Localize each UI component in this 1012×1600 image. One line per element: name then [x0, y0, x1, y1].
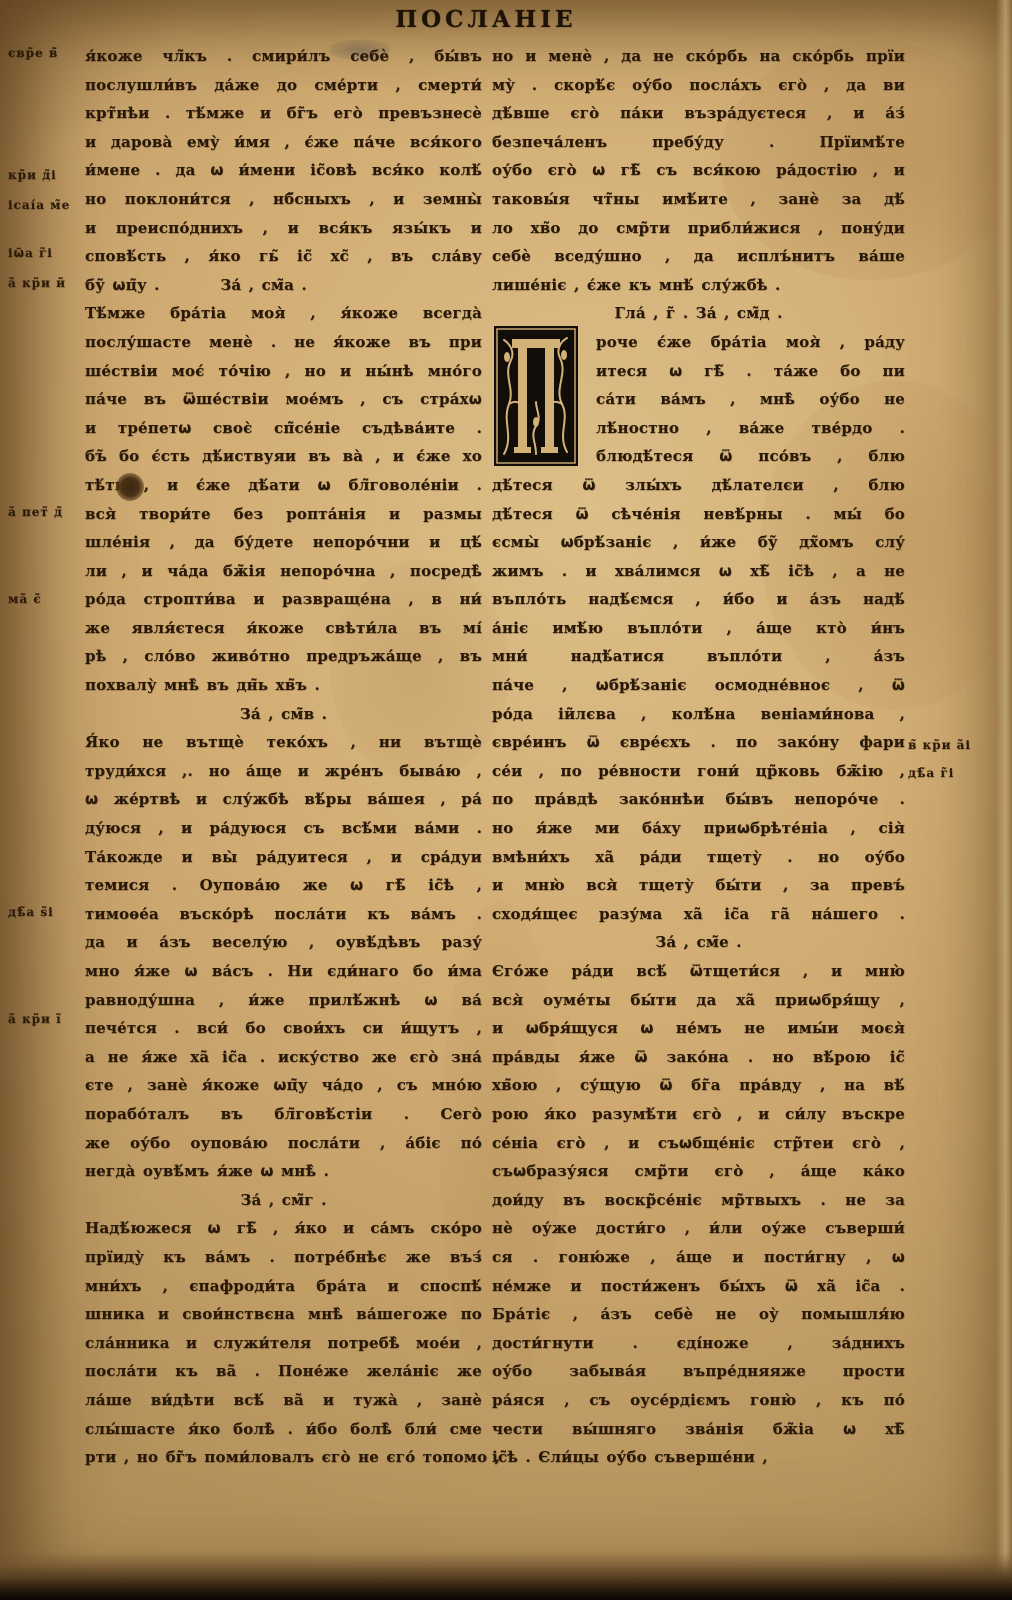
text-line: посла́ти къ ва̃ . Поне́же жела́ніє же: [85, 1357, 482, 1386]
text-line: єсмы̀ ѡбрѣ́заніє , и́же бу̃ дх̃омъ слу́: [492, 528, 905, 557]
text-line: дѣ́теся ѿ злы́хъ дѣ́лателєи , блю: [492, 471, 905, 500]
text-line: Єго́же ра́ди всѣ́ ѿтщети́ся , и мню̀: [492, 957, 905, 986]
text-line: дѣ́вше єго̀ па́ки възра́дуєтеся , и а́з́: [492, 99, 905, 128]
text-line: Надѣ́южеся ѡ гѣ̃ , я́ко и са́мъ ско́ро: [85, 1214, 482, 1243]
text-line: Та́кожде и вы̀ ра́дуитеся , и сра́дуи: [85, 843, 482, 872]
margin-reference-note: дѣ̃а ѕ̃і: [8, 905, 54, 919]
aged-paper-page: ПОСЛАНІЕ євр̃е в̃кр̃и д̃іісаі́а м̃еіѡ̃а …: [0, 0, 1012, 1600]
text-line: вмѣни́хъ ха̃ ра́ди тщету̀ . но оу́бо: [492, 843, 905, 872]
text-line: За́ , см̃е .: [492, 928, 905, 957]
text-line: рти , но бг̃ъ поми́ловалъ єго̀ не єго́ т…: [85, 1443, 482, 1472]
left-text-column: я́коже чл̃къ . смири́лъ себѐ , бы́въпосл…: [85, 42, 482, 1472]
margin-reference-note: в̃ кр̃и а̃і: [908, 738, 971, 752]
text-line: ла́ше ви́дѣти всѣ́ ва̃ и тужа̀ , занѐ: [85, 1386, 482, 1415]
text-line: же явля́єтеся я́коже свѣти́ла въ мі́: [85, 614, 482, 643]
text-line: мни́ надѣ́атися въпло́ти , а́зъ: [492, 642, 905, 671]
margin-reference-note: а̃ кр̃и и̃: [8, 276, 66, 290]
text-line: Бра́тіє , а́зъ себѐ не оу̀ помышля́ю: [492, 1300, 905, 1329]
page-title: ПОСЛАНІЕ: [0, 6, 972, 33]
text-line: таковы́я чт̃ны имѣ́ите , занѐ за дѣ́: [492, 185, 905, 214]
text-line: євре́инъ ѿ євре́єхъ . по зако́ну фари: [492, 728, 905, 757]
text-line: му̀ . скорѣ́є оу́бо посла́хъ єго̀ , да в…: [492, 71, 905, 100]
text-line: сповѣ́сть , я́ко гь̃ іс̃ хс̃ , въ сла́ву: [85, 242, 482, 271]
text-line: и тре́петѡ своє̀ сп̃се́ніе съдѣва́ите .: [85, 414, 482, 443]
text-line: блюдѣ́теся ѿ псо́въ , блю: [492, 442, 905, 471]
text-line: чести вы́шняго зва́нія бж̃іа ѡ хѣ̃: [492, 1415, 905, 1444]
text-line: дои́ду въ воскр̃се́ніє мр̃твыхъ . не за: [492, 1186, 905, 1215]
text-line: и дарова̀ ему̀ и́мя , є́же па́че вся́ког…: [85, 128, 482, 157]
text-line: дости́гнути . єді́ноже , за́днихъ: [492, 1329, 905, 1358]
text-line: Гла́ , г̃ . За́ , см̃д .: [492, 299, 905, 328]
text-line: нѐ оу́же дости́го , и́ли оу́же съверши́: [492, 1214, 905, 1243]
text-line: а не я́же ха̃ іс̃а . иску́ство же єго̀ з…: [85, 1043, 482, 1072]
text-line: въпло́ть надѣ́ємся , и́бо и а́зъ надѣ́: [492, 585, 905, 614]
text-line: За́ , см̃г .: [85, 1186, 482, 1215]
text-line: сходя́щеє разу́ма ха̃ іс̃а га̃ на́шего .: [492, 900, 905, 929]
text-line: и ѡбря́щуся ѡ не́мъ не имы́и моєя̀: [492, 1014, 905, 1043]
text-line: ро́да стропти́ва и развраще́на , в ни́: [85, 585, 482, 614]
text-line: негда̀ оувѣ́мъ я́же ѡ мнѣ̀ .: [85, 1157, 482, 1186]
text-line: не́мже и пости́женъ бы́хъ ѿ ха̃ іс̃а .: [492, 1272, 905, 1301]
text-line: па́че , ѡбрѣ́заніє осмодне́вноє , ѿ: [492, 671, 905, 700]
text-line: пра́вды я́же ѿ зако́на . но вѣ́рою іс̃: [492, 1043, 905, 1072]
text-line: труди́хся ,. но а́ще и жре́нъ быва́ю ,: [85, 757, 482, 786]
text-line: я́коже чл̃къ . смири́лъ себѐ , бы́въ: [85, 42, 482, 71]
text-line: но и менѐ , да не ско́рбь на ско́рбь прї…: [492, 42, 905, 71]
text-line: ся . гоню́же , а́ще и пости́гну , ѡ: [492, 1243, 905, 1272]
text-line: єте , занѐ я́коже ѡц̃у ча́до , съ мно́ю: [85, 1071, 482, 1100]
text-line: и преиспо́днихъ , и вся́къ язы́къ и: [85, 214, 482, 243]
text-line: прїиду̀ къ ва́мъ . потре́бнѣє же въз́: [85, 1243, 482, 1272]
margin-reference-note: дѣ̃а г̃і: [908, 766, 954, 780]
text-line: ро́да іи̃лєва , колѣ́на веніами́нова ,: [492, 700, 905, 729]
text-line: жимъ . и хва́лимся ѡ хѣ̃ іс̃ѣ , а не: [492, 557, 905, 586]
text-line: Тѣ́мже бра́тіа моя̀ , я́коже всегда̀: [85, 299, 482, 328]
text-line: вся̀ оуме́ты бы́ти да ха̃ приѡбря́щу ,: [492, 986, 905, 1015]
text-line: а́ніє имѣ́ю въпло́ти , а́ще кто̀ и́нъ: [492, 614, 905, 643]
text-line: бъ̃ бо є́сть дѣ́иствуяи въ ва̀ , и є́же …: [85, 442, 482, 471]
text-line: послу́шасте менѐ . не я́коже въ при: [85, 328, 482, 357]
text-line: лѣ́ностно , ва́же тве́рдо .: [492, 414, 905, 443]
text-line: лише́ніє , є́же къ мнѣ́ слу́жбѣ .: [492, 271, 905, 300]
book-edge-shadow: [0, 1552, 1012, 1600]
book-page-photo: { "page": { "title": "ПОСЛАНІЕ", "initia…: [0, 0, 1012, 1600]
text-line: слы́шасте я́ко болѣ̀ . и́бо болѣ̀ бли́ с…: [85, 1415, 482, 1444]
text-line: хв̃ою , су́щую ѿ бг̃а пра́вду , на вѣ́: [492, 1071, 905, 1100]
margin-reference-note: а̃ кр̃и і̃: [8, 1012, 62, 1026]
text-line: ра́яся , съ оусе́рдіємъ гоню̀ , къ по́: [492, 1386, 905, 1415]
text-line: сла́нника и служи́теля потребѣ̀ мое́и ,: [85, 1329, 482, 1358]
text-line: ли , и ча́да бж̃ія непоро́чна , посредѣ̀: [85, 557, 482, 586]
margin-reference-note: ма̃ є̃: [8, 592, 42, 606]
text-line: ше́ствіи моє́ то́чію , но и ны́нѣ мно́го: [85, 357, 482, 386]
text-line: но поклони́тся , нб̃сныхъ , и земны̀: [85, 185, 482, 214]
text-line: се́и , по ре́вности гони́ цр̃ковь бж̃ію …: [492, 757, 905, 786]
text-line: крт̃нѣи . тѣ́мже и бг̃ъ его̀ превъзнесѐ: [85, 99, 482, 128]
text-line: но я́же ми ба́ху приѡбрѣте́ніа , сія̀: [492, 814, 905, 843]
text-line: же оу́бо оупова́ю посла́ти , а́біє по́: [85, 1129, 482, 1158]
text-line: па́че въ ѿше́ствіи мое́мъ , съ стра́хѡ: [85, 385, 482, 414]
text-line: дѣ́теся ѿ сѣче́нія невѣ́рны . мы́ бо: [492, 500, 905, 529]
text-line: съѡбразу́яся смр̃ти єго̀ , а́ще ка́ко: [492, 1157, 905, 1186]
text-line: бу̃ ѡц̃у . За́ , см̃а .: [85, 271, 482, 300]
text-line: оу́бо забыва́я въпре́дняяже прости: [492, 1357, 905, 1386]
margin-reference-note: іѡ̃а г̃і: [8, 246, 53, 260]
text-line: похвалу̀ мнѣ̀ въ дн̃ь хв̃ъ .: [85, 671, 482, 700]
text-line: рѣ , сло́во живо́тно предръжа́ще , въ: [85, 642, 482, 671]
margin-reference-note: ісаі́а м̃е: [8, 198, 70, 212]
text-line: послушли́въ да́же до сме́рти , смерти́: [85, 71, 482, 100]
text-line: темися . Оупова́ю же ѡ гѣ̃ іс̃ѣ ,: [85, 871, 482, 900]
margin-reference-note: а̃ пет̃ д̃: [8, 505, 63, 519]
text-line: и мню̀ вся̀ тщету̀ бы́ти , за превъ́: [492, 871, 905, 900]
text-line: оу́бо єго̀ ѡ гѣ̃ съ вся́кою ра́достію , …: [492, 156, 905, 185]
text-line: ду́юся , и ра́дуюся съ всѣ́ми ва́ми .: [85, 814, 482, 843]
text-line: іс̃ѣ . Єли́цы оу́бо съверше́ни ,: [492, 1443, 905, 1472]
text-line: ло хв̃о до смр̃ти прибли́жися , пону́ди: [492, 214, 905, 243]
text-line: рою я́ко разумѣ́ти єго̀ , и си́лу въскре: [492, 1100, 905, 1129]
text-line: и́мене . да ѡ и́мени іс̃овѣ вся́ко колѣ́: [85, 156, 482, 185]
text-line: мно я́же ѡ ва́съ . Ни єди́наго бо и́ма: [85, 957, 482, 986]
text-line: да и а́зъ веселу́ю , оувѣ́дѣвъ разу́: [85, 928, 482, 957]
text-line: са́ти ва́мъ , мнѣ̀ оу́бо не: [492, 385, 905, 414]
right-margin-references: в̃ кр̃и а̃ідѣ̃а г̃і: [908, 0, 1000, 1560]
text-line: Я́ко не вътщѐ теко́хъ , ни вътщѐ: [85, 728, 482, 757]
page-edge-highlight: [996, 0, 1012, 1600]
text-line: шле́нія , да бу́дете непоро́чни и цѣ́: [85, 528, 482, 557]
text-line: безпеча́ленъ пребу́ду . Прїимѣ́те: [492, 128, 905, 157]
text-line: порабо́талъ въ бл̃говѣ́стіи . Сего̀: [85, 1100, 482, 1129]
text-line: пече́тся . вси́ бо свои́хъ си и́щутъ ,: [85, 1014, 482, 1043]
text-line: по пра́вдѣ зако́ннѣи бы́въ непоро́че .: [492, 785, 905, 814]
text-line: итеся ѡ гѣ̃ . та́же бо пи: [492, 357, 905, 386]
text-line: равноду́шна , и́же прилѣ́жнѣ ѡ ва́: [85, 986, 482, 1015]
margin-reference-note: кр̃и д̃і: [8, 168, 57, 182]
text-line: тимоѳе́а въско́рѣ посла́ти къ ва́мъ .: [85, 900, 482, 929]
text-line: За́ , см̃в .: [85, 700, 482, 729]
text-line: себѐ вседу́шно , да исплъ́нитъ ва́ше: [492, 242, 905, 271]
text-line: ѡ же́ртвѣ и слу́жбѣ вѣ́ры ва́шея , ра́: [85, 785, 482, 814]
text-line: вся̀ твори́те без ропта́нія и размы: [85, 500, 482, 529]
right-text-column: но и менѐ , да не ско́рбь на ско́рбь прї…: [492, 42, 905, 1472]
text-line: се́ніа єго̀ , и съѡбще́ніє стр̃теи єго̀ …: [492, 1129, 905, 1158]
text-line: шника и свои́нствєна мнѣ̀ ва́шегоже по: [85, 1300, 482, 1329]
text-line: роче є́же бра́тіа моя̀ , ра́ду: [492, 328, 905, 357]
margin-reference-note: євр̃е в̃: [8, 46, 58, 60]
text-line: тѣ́ти , и є́же дѣ́ати ѡ бл̃говоле́ніи .: [85, 471, 482, 500]
text-line: мни́хъ , єпафроди́та бра́та и споспѣ́: [85, 1272, 482, 1301]
